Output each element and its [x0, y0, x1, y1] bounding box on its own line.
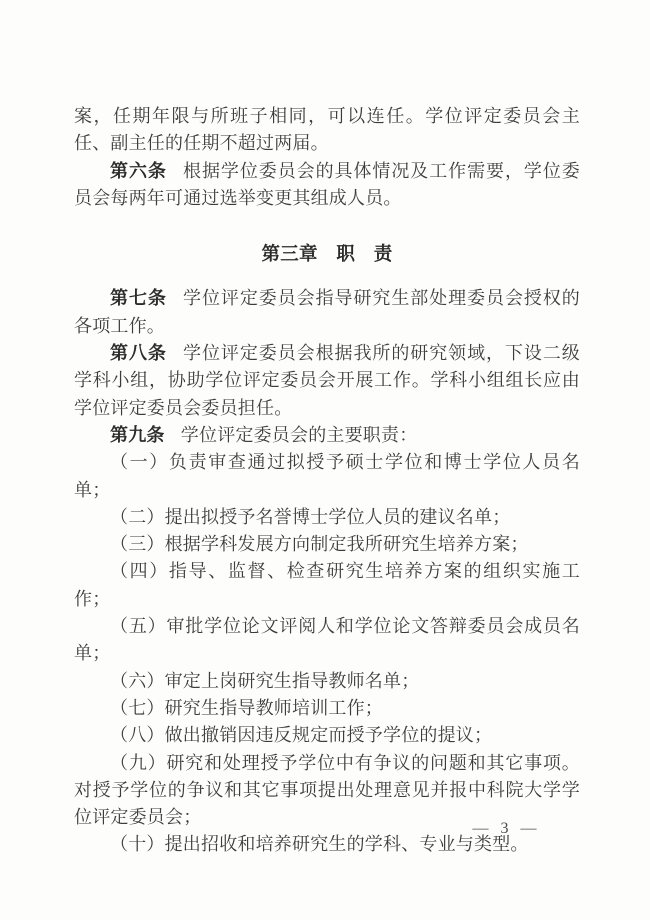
article-8: 第八条学位评定委员会根据我所的研究领域，下设二级学科小组，协助学位评定委员会开展…	[74, 340, 580, 422]
chapter-heading: 第三章 职 责	[74, 242, 580, 269]
duty-item-5: （五）审批学位论文评阅人和学位论文答辩委员会成员名单；	[74, 613, 580, 668]
article-7: 第七条学位评定委员会指导研究生部处理委员会授权的各项工作。	[74, 285, 580, 340]
article-6: 第六条根据学位委员会的具体情况及工作需要，学位委员会每两年可通过选举变更其组成人…	[74, 158, 580, 213]
continuation-paragraph: 案，任期年限与所班子相同，可以连任。学位评定委员会主任、副主任的任期不超过两届。	[74, 103, 580, 158]
document-page: 案，任期年限与所班子相同，可以连任。学位评定委员会主任、副主任的任期不超过两届。…	[0, 0, 650, 920]
article-8-number: 第八条	[110, 343, 167, 363]
duty-item-8: （八）做出撤销因违反规定而授予学位的提议；	[74, 722, 580, 749]
article-9: 第九条学位评定委员会的主要职责：	[74, 422, 580, 449]
article-6-number: 第六条	[110, 161, 167, 181]
duty-item-4: （四）指导、监督、检查研究生培养方案的组织实施工作；	[74, 558, 580, 613]
article-7-number: 第七条	[110, 288, 167, 308]
duty-item-7: （七）研究生指导教师培训工作；	[74, 695, 580, 722]
duty-item-6: （六）审定上岗研究生指导教师名单；	[74, 668, 580, 695]
article-9-number: 第九条	[110, 425, 165, 445]
page-body: 案，任期年限与所班子相同，可以连任。学位评定委员会主任、副主任的任期不超过两届。…	[74, 103, 580, 859]
article-9-text: 学位评定委员会的主要职责：	[181, 425, 418, 445]
page-number: — 3 —	[455, 820, 555, 838]
duty-item-2: （二）提出拟授予名誉博士学位人员的建议名单；	[74, 504, 580, 531]
duty-item-1: （一）负责审查通过拟授予硕士学位和博士学位人员名单；	[74, 449, 580, 504]
duty-item-3: （三）根据学科发展方向制定我所研究生培养方案；	[74, 531, 580, 558]
continuation-paragraph-text: 案，任期年限与所班子相同，可以连任。学位评定委员会主任、副主任的任期不超过两届。	[74, 106, 580, 153]
